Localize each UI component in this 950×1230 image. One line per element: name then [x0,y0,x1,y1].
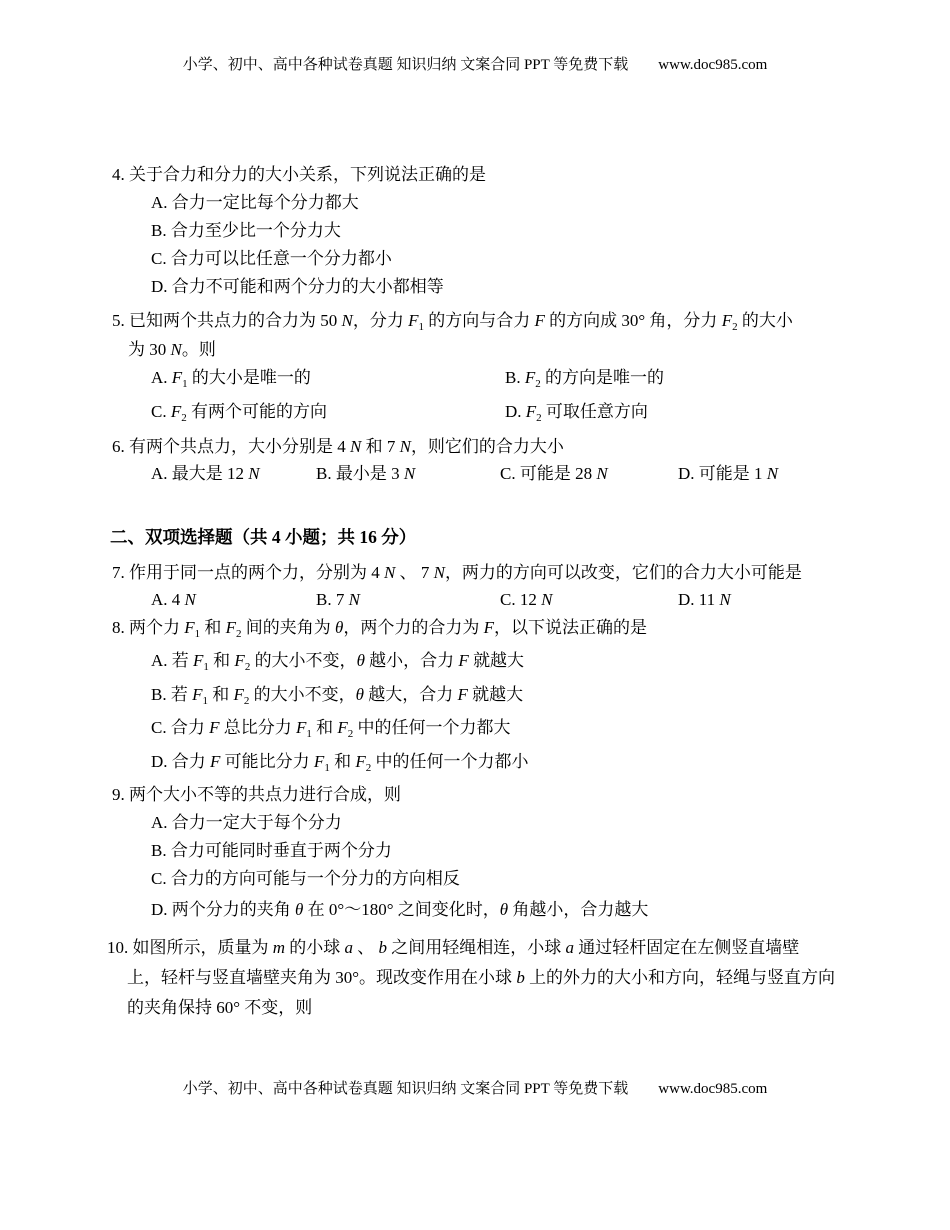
question-10-stem-line2: 上，轻杆与竖直墙壁夹角为 30°。现改变作用在小球 b 上的外力的大小和方向，轻… [127,969,835,986]
question-5-stem-line2: 为 30 N。则 [128,341,216,358]
question-8-option-b: B. 若 F1 和 F2 的大小不变，θ 越大，合力 F 就越大 [151,686,523,703]
question-7-option-d: D. 11 N [678,591,731,608]
question-6-option-b: B. 最小是 3 N [316,465,415,482]
question-5-option-b: B. F2 的方向是唯一的 [505,369,664,386]
header-text: 小学、初中、高中各种试卷真题 知识归纳 文案合同 PPT 等免费下载 [183,57,629,73]
question-7-option-a: A. 4 N [151,591,196,608]
question-10-stem-line3: 的夹角保持 60° 不变，则 [127,999,312,1016]
page-footer: 小学、初中、高中各种试卷真题 知识归纳 文案合同 PPT 等免费下载www.do… [0,1082,950,1097]
footer-url: www.doc985.com [658,1081,767,1097]
question-6-option-d: D. 可能是 1 N [678,465,778,482]
section-2-heading: 二、双项选择题（共 4 小题；共 16 分） [110,529,416,546]
exam-document-page: 小学、初中、高中各种试卷真题 知识归纳 文案合同 PPT 等免费下载www.do… [0,0,950,1230]
page-header: 小学、初中、高中各种试卷真题 知识归纳 文案合同 PPT 等免费下载www.do… [0,58,950,73]
question-9-option-d: D. 两个分力的夹角 θ 在 0°～180° 之间变化时，θ 角越小，合力越大 [151,901,648,918]
question-10-stem-line1: 10. 如图所示，质量为 m 的小球 a 、 b 之间用轻绳相连，小球 a 通过… [107,939,799,956]
question-4-stem: 4. 关于合力和分力的大小关系，下列说法正确的是 [112,166,486,183]
question-4-option-d: D. 合力不可能和两个分力的大小都相等 [151,278,444,295]
question-7-stem: 7. 作用于同一点的两个力，分别为 4 N 、 7 N，两力的方向可以改变，它们… [112,564,802,581]
question-9-option-b: B. 合力可能同时垂直于两个分力 [151,842,392,859]
question-8-option-d: D. 合力 F 可能比分力 F1 和 F2 中的任何一个力都小 [151,753,528,770]
question-9-option-a: A. 合力一定大于每个分力 [151,814,342,831]
footer-text: 小学、初中、高中各种试卷真题 知识归纳 文案合同 PPT 等免费下载 [183,1081,629,1097]
question-8-stem: 8. 两个力 F1 和 F2 间的夹角为 θ，两个力的合力为 F，以下说法正确的… [112,619,647,636]
question-4-option-a: A. 合力一定比每个分力都大 [151,194,359,211]
question-6-option-c: C. 可能是 28 N [500,465,608,482]
question-5-stem-line1: 5. 已知两个共点力的合力为 50 N，分力 F1 的方向与合力 F 的方向成 … [112,312,793,329]
header-url: www.doc985.com [658,57,767,73]
question-9-stem: 9. 两个大小不等的共点力进行合成，则 [112,786,401,803]
question-4-option-c: C. 合力可以比任意一个分力都小 [151,250,392,267]
question-5-option-a: A. F1 的大小是唯一的 [151,369,311,386]
question-5-option-c: C. F2 有两个可能的方向 [151,403,327,420]
question-9-option-c: C. 合力的方向可能与一个分力的方向相反 [151,870,460,887]
question-5-option-d: D. F2 可取任意方向 [505,403,648,420]
question-8-option-c: C. 合力 F 总比分力 F1 和 F2 中的任何一个力都大 [151,719,511,736]
question-6-stem: 6. 有两个共点力，大小分别是 4 N 和 7 N，则它们的合力大小 [112,438,564,455]
question-4-option-b: B. 合力至少比一个分力大 [151,222,341,239]
question-7-option-b: B. 7 N [316,591,360,608]
question-8-option-a: A. 若 F1 和 F2 的大小不变，θ 越小，合力 F 就越大 [151,652,524,669]
question-6-option-a: A. 最大是 12 N [151,465,260,482]
question-7-option-c: C. 12 N [500,591,552,608]
